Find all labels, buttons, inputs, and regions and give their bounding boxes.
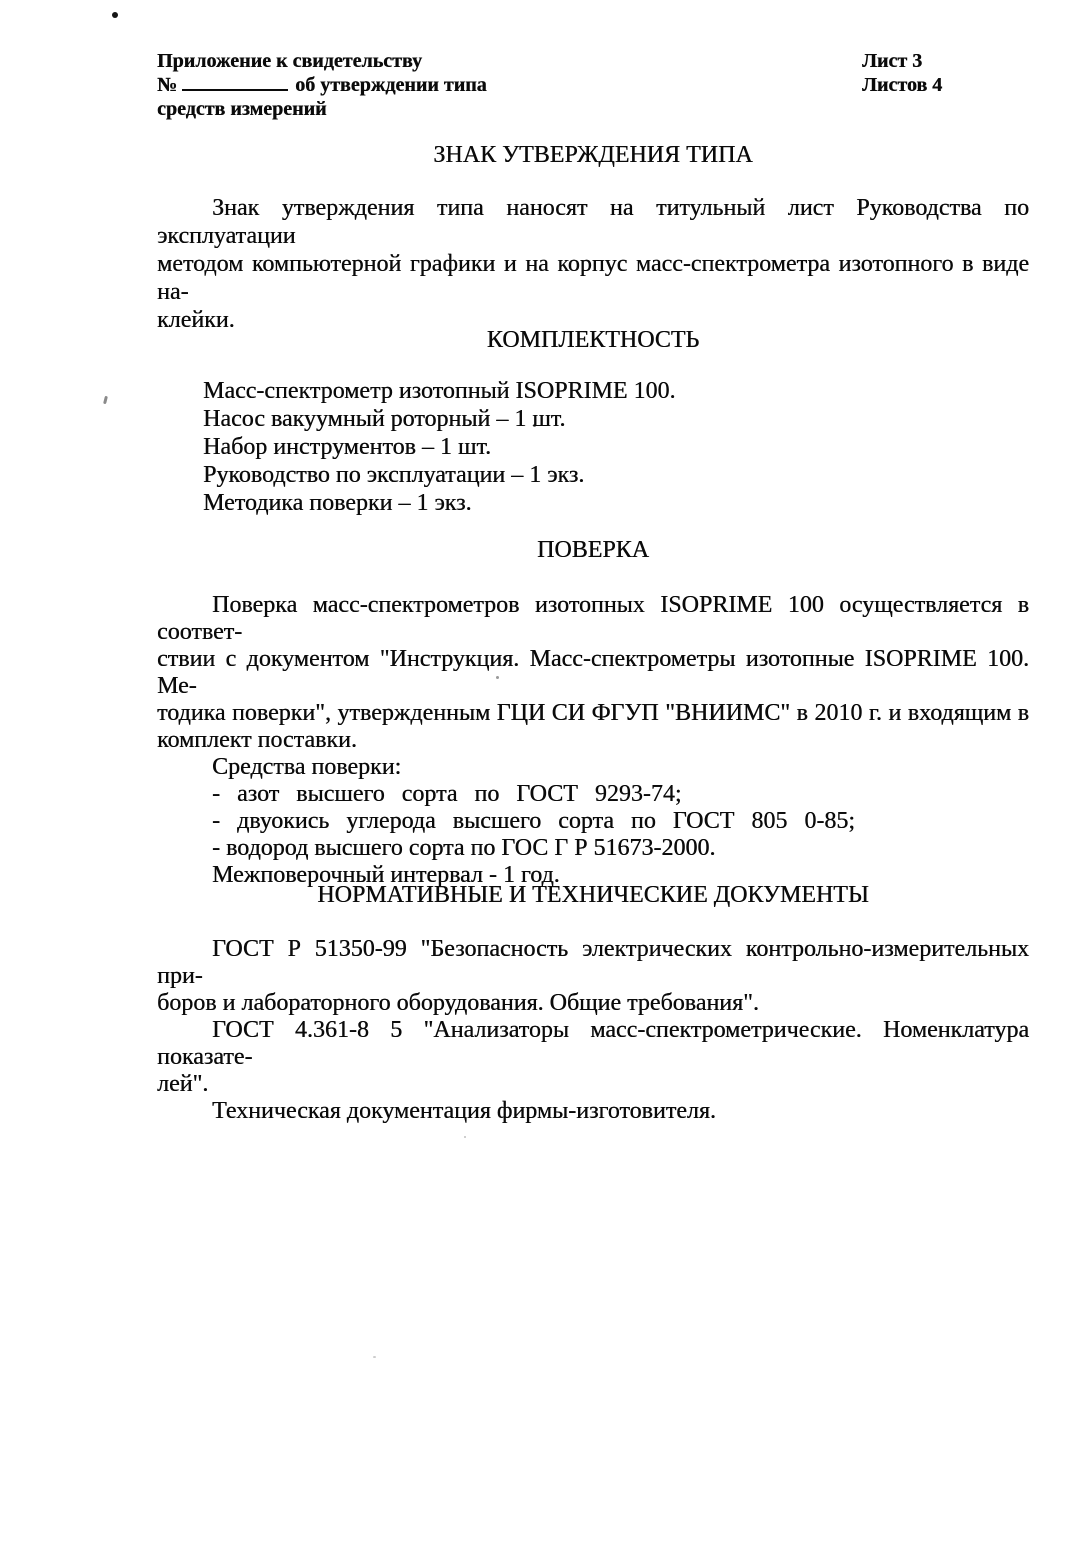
number-blank-field: [182, 74, 288, 91]
header-right: Лист 3 Листов 4: [862, 49, 942, 97]
completeness-list: Масс-спектрометр изотопный ISOPRIME 100.…: [203, 377, 1029, 517]
paragraph-line: лей".: [157, 1071, 1029, 1098]
sheet-number: Лист 3: [862, 49, 942, 73]
scan-speck: [103, 396, 108, 404]
paragraph-line: боров и лабораторного оборудования. Общи…: [157, 990, 1029, 1017]
list-item: Масс-спектрометр изотопный ISOPRIME 100.: [203, 377, 1029, 405]
verification-means-item: - азот высшего сорта по ГОСТ 9293-74;: [157, 781, 1029, 808]
document-page: Приложение к свидетельству №об утвержден…: [0, 0, 1092, 1560]
verification-means-item: - двуокись углерода высшего сорта по ГОС…: [157, 808, 1029, 835]
section-title-completeness: КОМПЛЕКТНОСТЬ: [157, 326, 1029, 354]
paragraph-line: Техническая документация фирмы-изготовит…: [157, 1098, 1029, 1125]
verification-means-label: Средства поверки:: [157, 754, 1029, 781]
sheets-total: Листов 4: [862, 73, 942, 97]
header-measuring-instruments-label: средств измерений: [157, 97, 487, 121]
list-item: Набор инструментов – 1 шт.: [203, 433, 1029, 461]
verification-means-item: - водород высшего сорта по ГОС Г Р 51673…: [157, 835, 1029, 862]
paragraph-line: методом компьютерной графики и на корпус…: [157, 250, 1029, 306]
section-title-verification: ПОВЕРКА: [157, 536, 1029, 564]
header-number-suffix: об утверждении типа: [295, 74, 487, 96]
paragraph-line: Поверка масс-спектрометров изотопных ISO…: [157, 592, 1029, 646]
paragraph-line: тодика поверки", утвержденным ГЦИ СИ ФГУ…: [157, 700, 1029, 727]
paragraph-line: ГОСТ 4.361-8 5 "Анализаторы масс-спектро…: [157, 1017, 1029, 1071]
verification-body: Поверка масс-спектрометров изотопных ISO…: [157, 592, 1029, 889]
paragraph-line: ГОСТ Р 51350-99 "Безопасность электричес…: [157, 936, 1029, 990]
paragraph-line: комплект поставки.: [157, 727, 1029, 754]
header-left: Приложение к свидетельству №об утвержден…: [157, 49, 487, 121]
scan-speck: [112, 12, 118, 18]
section-title-approval-sign: ЗНАК УТВЕРЖДЕНИЯ ТИПА: [157, 141, 1029, 169]
scan-speck: [464, 1136, 466, 1138]
number-sign: №: [157, 74, 177, 96]
scan-speck: [373, 1356, 376, 1358]
section-title-documents: НОРМАТИВНЫЕ И ТЕХНИЧЕСКИЕ ДОКУМЕНТЫ: [157, 881, 1029, 909]
paragraph-line: ствии с документом "Инструкция. Масс-спе…: [157, 646, 1029, 700]
documents-body: ГОСТ Р 51350-99 "Безопасность электричес…: [157, 936, 1029, 1125]
approval-sign-paragraph: Знак утверждения типа наносят на титульн…: [157, 194, 1029, 334]
header-number-line: №об утверждении типа: [157, 73, 487, 97]
header-appendix-label: Приложение к свидетельству: [157, 49, 487, 73]
list-item: Руководство по эксплуатации – 1 экз.: [203, 461, 1029, 489]
paragraph-line: Знак утверждения типа наносят на титульн…: [157, 194, 1029, 250]
list-item: Методика поверки – 1 экз.: [203, 489, 1029, 517]
list-item: Насос вакуумный роторный – 1 шт.: [203, 405, 1029, 433]
